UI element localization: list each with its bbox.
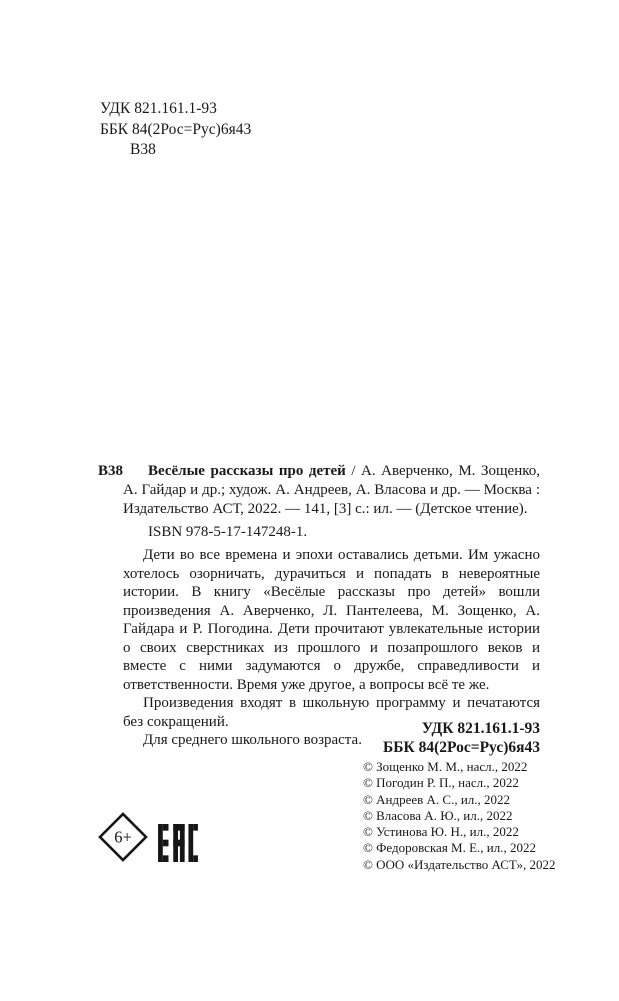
author-mark: В38	[130, 140, 251, 161]
age-rating-label: 6+	[114, 828, 132, 847]
copyright-item: © Власова А. Ю., ил., 2022	[363, 808, 556, 824]
book-title: Весёлые рассказы про детей	[148, 463, 346, 479]
udk-code: УДК 821.161.1-93	[100, 99, 251, 120]
main-column: В38 Весёлые рассказы про детей / А. Авер…	[123, 462, 540, 750]
footer-codes: УДК 821.161.1-93 ББК 84(2Рос=Рус)6я43	[383, 719, 540, 757]
copyright-item: © Зощенко М. М., насл., 2022	[363, 759, 556, 775]
copyright-list: © Зощенко М. М., насл., 2022 © Погодин Р…	[363, 759, 556, 873]
footer-bbk-code: ББК 84(2Рос=Рус)6я43	[383, 738, 540, 757]
book-imprint-page: УДК 821.161.1-93 ББК 84(2Рос=Рус)6я43 В3…	[0, 0, 619, 1001]
copyright-item: © Андреев А. С., ил., 2022	[363, 792, 556, 808]
copyright-item: © Погодин Р. П., насл., 2022	[363, 775, 556, 791]
isbn: ISBN 978-5-17-147248-1.	[123, 523, 540, 542]
catalog-entry: В38 Весёлые рассказы про детей / А. Авер…	[123, 462, 540, 519]
marks-row: 6+	[98, 812, 198, 862]
age-rating-badge: 6+	[98, 812, 148, 862]
eac-mark-icon	[158, 824, 198, 862]
footer-udk-code: УДК 821.161.1-93	[383, 719, 540, 738]
copyright-item: © ООО «Издательство АСТ», 2022	[363, 857, 556, 873]
bbk-code: ББК 84(2Рос=Рус)6я43	[100, 120, 251, 141]
copyright-item: © Устинова Ю. Н., ил., 2022	[363, 824, 556, 840]
copyright-item: © Федоровская М. Е., ил., 2022	[363, 840, 556, 856]
catalog-author-mark: В38	[98, 462, 123, 481]
header-codes: УДК 821.161.1-93 ББК 84(2Рос=Рус)6я43 В3…	[100, 99, 251, 161]
age-rating-diamond-icon: 6+	[98, 812, 148, 862]
annotation-paragraph-1: Дети во все времена и эпохи оставались д…	[123, 546, 540, 694]
